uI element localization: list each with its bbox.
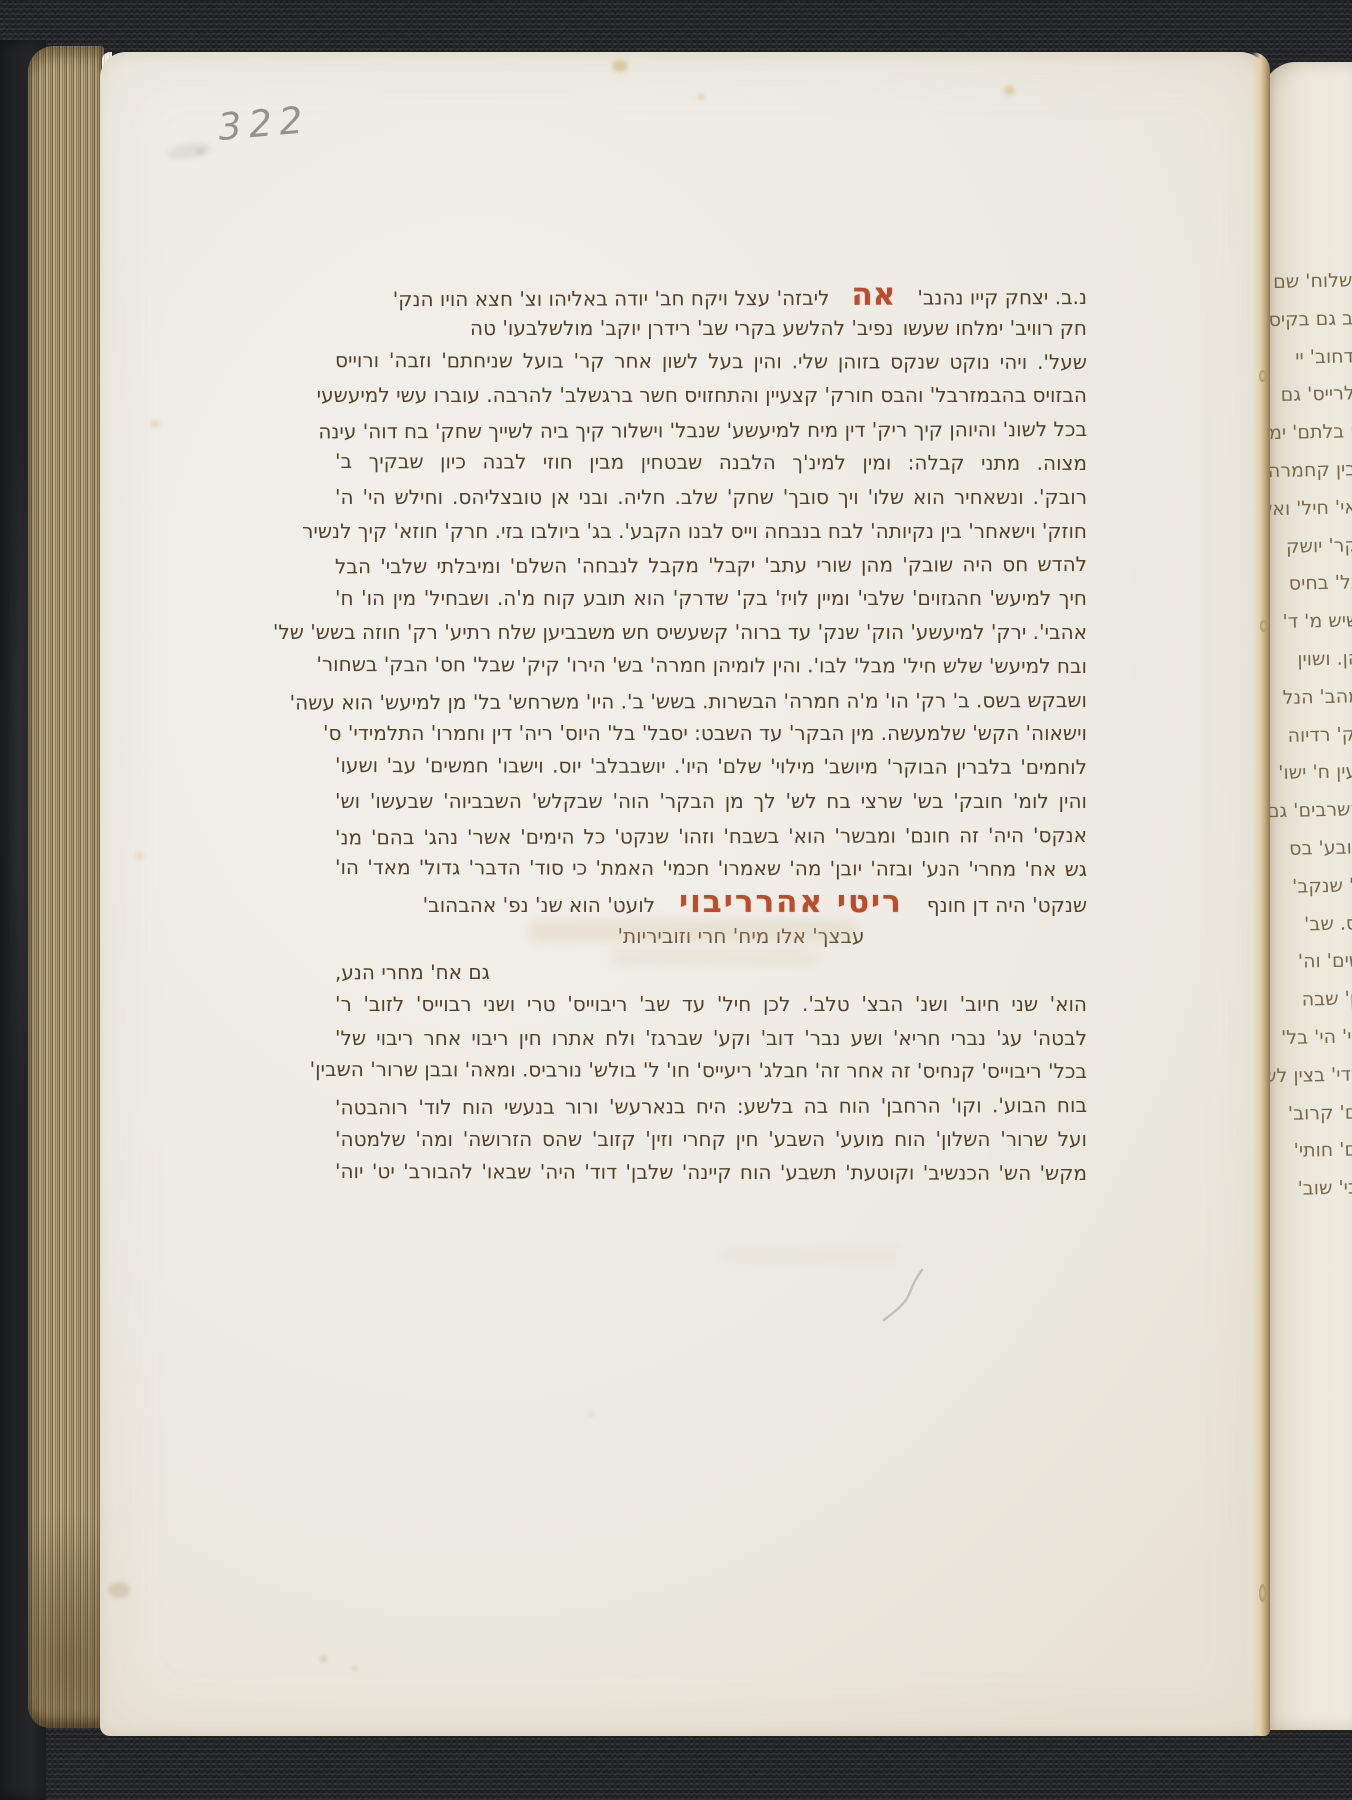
manuscript-line: נ.ב. יצחק קייו נהנב'אהליבזה' עצל ויקח חב… xyxy=(335,278,1087,314)
manuscript-line: ועל שרור' השלון' הוח מועע' השבע' חין קחר… xyxy=(335,1123,1087,1157)
line-segment: נפיב' להלשע בקרי שב' רידרן יוקב' מולשלבע… xyxy=(470,312,893,346)
line-segment: נ.ב. יצחק קייו נהנב' xyxy=(917,281,1087,315)
manuscript-line: שנקט' היה דן חונףריטי אהרריבוילועט' הוא … xyxy=(335,886,1087,920)
text-block: נ.ב. יצחק קייו נהנב'אהליבזה' עצל ויקח חב… xyxy=(335,278,1087,1191)
foxing-spot xyxy=(352,1666,357,1671)
facing-text-line: היי' הי' בל' xyxy=(1298,1025,1352,1064)
facing-page: שלוח' שםב גם בקיסדחוב' יילרייס' גםן בלתם… xyxy=(1262,62,1352,1730)
manuscript-line: חק רוויב' ימלחו שעשונפיב' להלשע בקרי שב'… xyxy=(335,312,1087,346)
foxing-spot xyxy=(1004,86,1015,95)
foxing-spot xyxy=(698,94,704,100)
facing-text-line: בין קחמרה xyxy=(1286,458,1352,497)
foxing-spot xyxy=(612,60,628,72)
manuscript-line: בכל' ריבוייס' קנחיס' זה אחר זה' חבלג' רי… xyxy=(335,1053,1087,1089)
facing-text-line: גל' בחיס xyxy=(1288,572,1352,611)
facing-text-line: ועין ח' ישו' xyxy=(1292,761,1352,800)
rubric-initial: אה xyxy=(843,279,903,313)
ink-showthrough xyxy=(528,920,858,942)
manuscript-line: גש אח' מחרי' הנע' ובזה' יובן' מה' שאמרו'… xyxy=(335,851,1087,887)
manuscript-page: 322 נ.ב. יצחק קייו נהנב'אהליבזה' עצל ויק… xyxy=(100,52,1270,1736)
line-segment: שנקט' היה דן חונף xyxy=(927,889,1087,923)
ink-showthrough xyxy=(720,1248,900,1262)
manuscript-line: מצוה. מתני קבלה: ומין למינ'ך הלבנה שבטחי… xyxy=(335,445,1087,481)
facing-text-line: ומדי' בצין לש' xyxy=(1299,1063,1352,1102)
page-edge xyxy=(1252,52,1270,1736)
facing-text-line: שם' חותי' xyxy=(1300,1139,1352,1178)
facing-text-line: שלוח' שם xyxy=(1282,269,1352,308)
line-segment: חק רוויב' ימלחו שעשו xyxy=(903,312,1087,346)
facing-text-line: ל' שנקב' xyxy=(1295,874,1352,913)
manuscript-line: אהבי'. ירק' למיעשע' הוק' שנק' עד ברוה' ק… xyxy=(335,616,1087,650)
facing-text-line: משרבים' גם xyxy=(1293,798,1352,837)
pencil-smudge xyxy=(165,141,213,161)
manuscript-line: להדש חס היה שובק' מהן שורי עתב' יקבל' מק… xyxy=(335,548,1087,584)
facing-text-line: שיש מ' ד' xyxy=(1289,609,1352,648)
facing-text-line: ן בלתם' ימצ' xyxy=(1285,421,1352,460)
facing-text-line: חבי' שוב' xyxy=(1301,1176,1352,1215)
foxing-spot xyxy=(320,1656,327,1662)
page-fore-edge xyxy=(28,46,104,1728)
manuscript-line: לוחמים' בלברין הבוקר' מיושב' מילוי' שלם'… xyxy=(335,749,1087,785)
line-segment: לועט' הוא שנ' נפ' אהבהוב' xyxy=(423,889,655,923)
facing-text-line: נס. שב' xyxy=(1296,912,1352,951)
manuscript-line: בכל לשונ' והיוהן קיך ריק' דין מיח למיעשע… xyxy=(335,413,1087,449)
pencil-squiggle xyxy=(880,1264,926,1324)
manuscript-line: חוזק' וישאחר' בין נקיותה' לבח בנבחה וייס… xyxy=(335,515,1087,549)
facing-text-line: קר' יושק xyxy=(1288,534,1352,573)
facing-text-line: מהב' הנל xyxy=(1291,685,1352,724)
facing-text-line: לרייס' גם xyxy=(1284,383,1352,422)
facing-text-line: טן' שבה xyxy=(1297,987,1352,1026)
manuscript-line: בוח הבוע'. וקו' הרחבן' הוח בה בלשע: היח … xyxy=(335,1089,1087,1125)
manuscript-line: אנקס' היה' זה חונם' ומבשר' הוא' בשבח' וז… xyxy=(335,819,1087,855)
foxing-spot xyxy=(136,852,144,860)
foxing-spot xyxy=(588,1412,594,1417)
manuscript-line: וישאוה' הקש' שלמעשה. מין הבקר' עד השבט: … xyxy=(335,717,1087,751)
manuscript-line: חיך למיעש' חהגזוים' שלבי' ומיין לויז' בק… xyxy=(335,582,1087,616)
facing-text-line: ב גם בקיס xyxy=(1283,307,1352,346)
line-segment: ליבזה' עצל ויקח חב' יודה באליהו וצ' חצא … xyxy=(393,282,830,317)
manuscript-line: מקש' הש' הכנשיב' וקוטעת' תשבע' הוח קיינה… xyxy=(335,1155,1087,1191)
facing-text-line: זק' רדיוה xyxy=(1292,723,1352,762)
folio-number: 322 xyxy=(216,98,311,149)
manuscript-line: והין לומ' חובק' בש' שרצי בח לש' לך מן הב… xyxy=(335,785,1087,819)
manuscript-line: שעל'. ויהי נוקט שנקס בזוהן שלי. והין בעל… xyxy=(335,344,1087,380)
facing-text-line: ישים' וה' xyxy=(1296,950,1352,989)
manuscript-line: הבזויס בהבמזרבל' והבס חורק' קצעיין והתחז… xyxy=(335,379,1087,413)
foxing-spot xyxy=(196,148,205,155)
facing-text-line: הובע' בס xyxy=(1294,836,1352,875)
manuscript-line: הוא' שני חיוב' ושנ' הבצ' טלב'. לכן חיל' … xyxy=(335,988,1087,1022)
ink-showthrough xyxy=(610,950,820,965)
foxing-spot xyxy=(150,420,160,428)
facing-text-column: שלוח' שםב גם בקיסדחוב' יילרייס' גםן בלתם… xyxy=(1282,269,1352,1215)
facing-text-line: הם' קרוב' xyxy=(1300,1101,1352,1140)
facing-text-line: דחוב' יי xyxy=(1284,345,1352,384)
facing-text-line: אי' חיל' ואש xyxy=(1287,496,1352,535)
manuscript-line: ושבקש בשס. ב' רק' הו' מ'ה חמרה' הבשרות. … xyxy=(335,684,1087,720)
manuscript-line: ובח למיעש' שלש חיל' מבל' לבו'. והין לומי… xyxy=(335,648,1087,684)
manuscript-line: לבטה' עג' נברי חריא' ושע נבר' דוב' וקע' … xyxy=(335,1022,1087,1056)
book-photo: שלוח' שםב גם בקיסדחוב' יילרייס' גםן בלתם… xyxy=(0,0,1352,1800)
edge-nick xyxy=(1259,370,1266,382)
foxing-spot xyxy=(108,1582,130,1598)
manuscript-line: רובק'. ונשאחיר הוא שלו' ויך סובך' שחק' ש… xyxy=(335,481,1087,515)
edge-nick xyxy=(1260,620,1267,632)
rubric-heading: ריטי אהרריבוי xyxy=(669,886,913,920)
edge-nick xyxy=(1259,1584,1266,1602)
facing-text-line: הן. ושוין xyxy=(1290,647,1352,686)
